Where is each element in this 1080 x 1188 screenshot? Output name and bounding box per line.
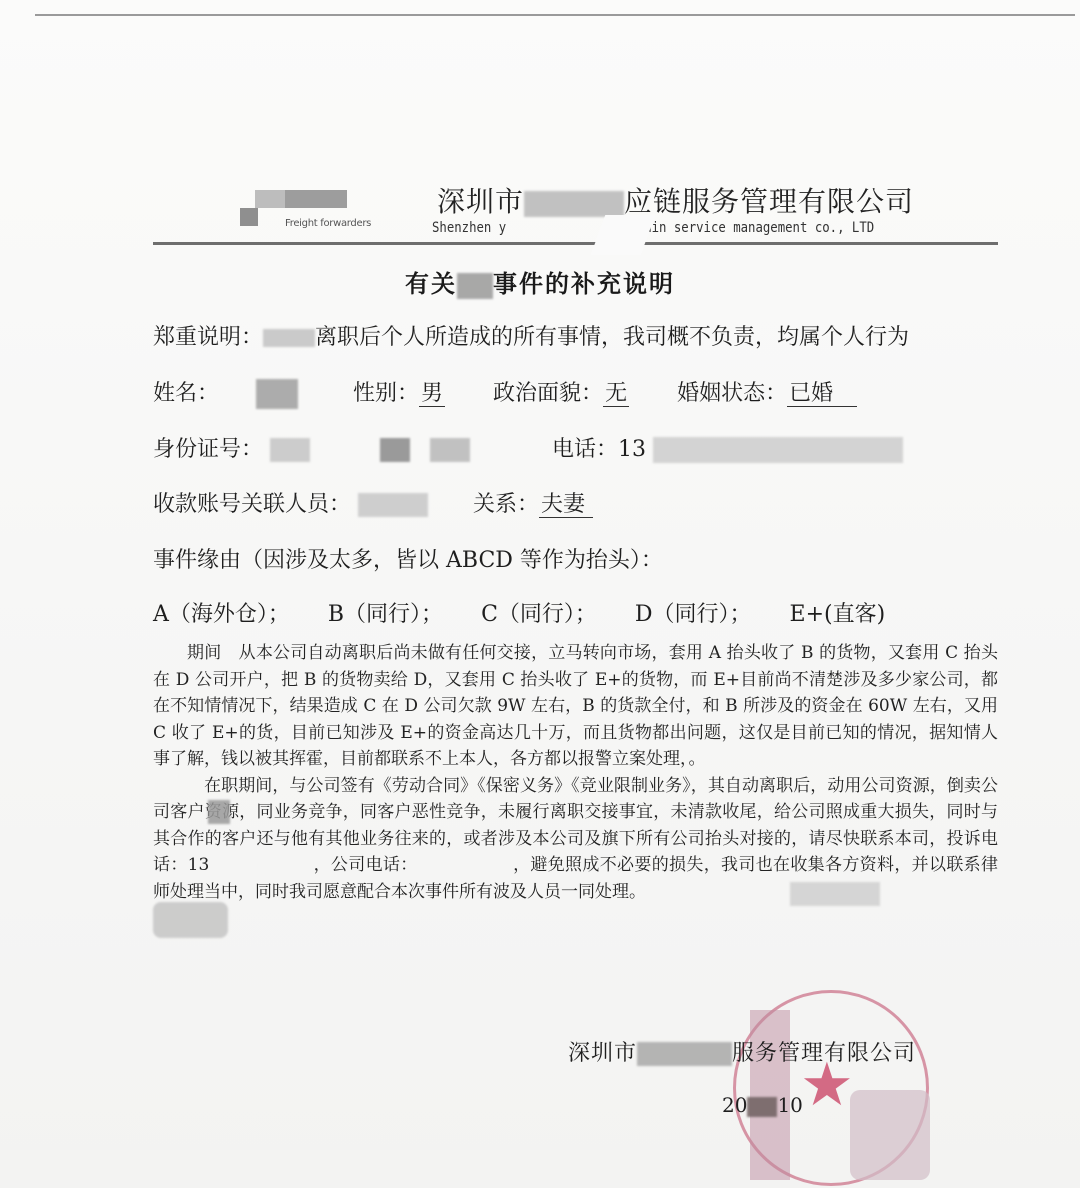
- marital-value: 已婚: [787, 381, 857, 407]
- redacted-name: [263, 329, 315, 347]
- redacted-phone-inline: [790, 882, 880, 906]
- politics-value: 无: [603, 381, 629, 407]
- redacted-block: [524, 191, 624, 217]
- header-divider: [153, 242, 998, 245]
- paragraph-incident: 期间 从本公司自动离职后尚未做有任何交接，立马转向市场，套用 A 抬头收了 B …: [153, 640, 998, 773]
- gender-value: 男: [419, 381, 445, 407]
- parties-list: A（海外仓）； B（同行）； C（同行）； D（同行）； E+(直客): [153, 597, 885, 628]
- redacted-company-phone: [153, 902, 228, 938]
- cause-heading: 事件缘由（因涉及太多，皆以 ABCD 等作为抬头）：: [153, 543, 663, 574]
- statement-line: 郑重说明：离职后个人所造成的所有事情，我司概不负责，均属个人行为: [153, 320, 909, 351]
- company-name-en: Shenzhen ychain service management co., …: [432, 220, 874, 236]
- relation-value: 夫妻: [539, 492, 593, 518]
- party-d: D（同行）；: [635, 602, 752, 627]
- company-logo-redacted: [230, 178, 380, 238]
- redacted-block: [457, 273, 493, 299]
- redacted-name: [256, 379, 298, 409]
- signature-date: 2010: [722, 1093, 803, 1117]
- party-b: B（同行）；: [328, 602, 443, 627]
- company-name-cn: 深圳市应链服务管理有限公司: [437, 180, 914, 220]
- personal-info-row: 姓名： 性别：男 政治面貌：无 婚姻状态：已婚: [153, 376, 857, 409]
- document-title: 有关事件的补充说明: [0, 264, 1080, 299]
- related-person-row: 收款账号关联人员： 关系：夫妻: [153, 487, 593, 518]
- scan-edge-line: [35, 14, 1075, 16]
- phone-prefix: 13: [618, 437, 646, 462]
- logo-caption: Freight forwarders: [285, 218, 371, 229]
- scanned-document-page: Freight forwarders 深圳市应链服务管理有限公司 Shenzhe…: [0, 0, 1080, 1188]
- id-phone-row: 身份证号： 电话：13: [153, 432, 903, 463]
- redacted-related-person: [358, 493, 428, 517]
- signature-company: 深圳市服务管理有限公司: [568, 1036, 916, 1067]
- redacted-phone: [653, 437, 903, 463]
- redacted-block: [637, 1042, 732, 1066]
- party-e: E+(直客): [790, 602, 886, 627]
- party-a: A（海外仓）；: [153, 602, 290, 627]
- redacted-year: [747, 1097, 777, 1117]
- party-c: C（同行）；: [481, 602, 597, 627]
- body-text: 期间 从本公司自动离职后尚未做有任何交接，立马转向市场，套用 A 抬头收了 B …: [153, 640, 998, 905]
- seal-redaction: [850, 1090, 930, 1180]
- redacted-id-number: [270, 438, 470, 462]
- redacted-name-inline: [208, 800, 230, 824]
